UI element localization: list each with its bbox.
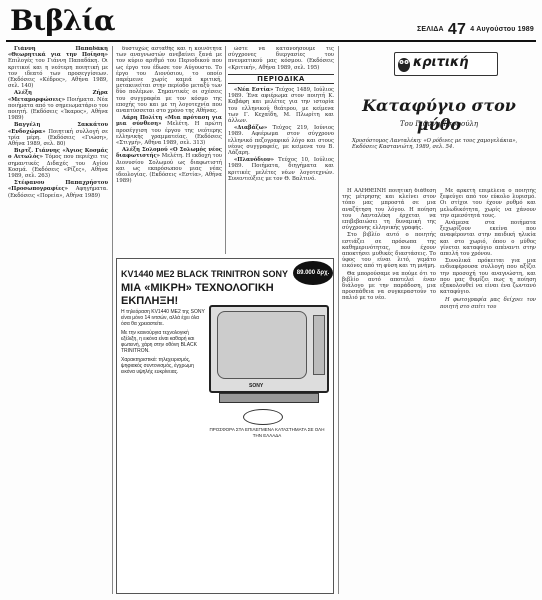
continued-text: δυστυχώς ασταθής και η κοινότητα των ανα… [116, 46, 222, 114]
ad-footer: ΠΡΟΣΦΟΡΑ ΣΤΑ ΕΠΙΛΕΓΜΕΝΑ ΚΑΤΑΣΤΗΜΑΤΑ ΣΕ Ο… [207, 427, 327, 438]
periodical-entry: «Πλανόδιον» Τεύχος 10, Ιούλιος 1989. Ποι… [228, 157, 334, 182]
kritiki-banner: κριτική [394, 52, 498, 76]
tv-stand [219, 393, 319, 403]
book-entry: Αλέξη Ζήρα «Μεταμορφώσεις» Ποιήματα. Νέα… [8, 90, 108, 121]
masthead-rule [6, 40, 536, 42]
periodical-entry: «Διαβάζω» Τεύχος 219, Ιούνιος 1989. Αφιέ… [228, 125, 334, 156]
book-entry: Αλέξη Σολομού «Ο Σολωμός νέος διαφωτιστή… [116, 147, 222, 184]
book-entry: Γιάννη Παπαδάκη «Θεωρητικά για την Ποίησ… [8, 46, 108, 89]
page-number: 47 [448, 21, 466, 38]
continued-text: ώστε να κατανοήσουμε τις σύγχρονες διεργ… [228, 46, 334, 71]
sony-tv-advertisement: KV1440 ME2 BLACK TRINITRON SONY ΜΙΑ «ΜΙΚ… [116, 258, 334, 594]
review-paragraph: Θα μπορούσαμε να πούμε ότι το βιβλίο αυτ… [342, 271, 436, 302]
ad-price-badge: 89.000 δρχ. [293, 261, 333, 285]
ad-paragraph: Χαρακτηριστικά: τηλεχειρισμός, ψηφιακός … [121, 357, 205, 375]
masthead: Βιβλία ΣΕΛΙΔΑ 47 4 Αυγούστου 1989 [6, 4, 536, 38]
review-paragraph: Συνολικά πρόκειται για μια ενδιαφέρουσα … [440, 258, 536, 295]
review-title: Καταφύγιο στον μύθο [342, 96, 536, 134]
owl-emblem-icon [397, 56, 411, 72]
periodical-entry: «Νέα Εστία» Τεύχος 1489, Ιούλιος 1989. Έ… [228, 87, 334, 124]
ad-paragraph: Με την καινούργια τεχνολογική εξέλιξη, η… [121, 330, 205, 354]
issue-date: 4 Αυγούστου 1989 [470, 26, 534, 33]
column-divider [112, 46, 113, 594]
review-paragraph: Στο βιβλίο αυτό ο ποιητής εστιάζει σε πρ… [342, 232, 436, 269]
column-divider [225, 46, 226, 254]
review-body-right: Με αρκετή επιμέλεια ο ποιητής ξεφεύγει α… [440, 188, 536, 588]
ad-body: Η τηλεόραση KV1440 ME2 της SONY είναι μό… [121, 309, 205, 378]
review-paragraph: Με αρκετή επιμέλεια ο ποιητής ξεφεύγει α… [440, 188, 536, 219]
column-periodicals: ώστε να κατανοήσουμε τις σύγχρονες διεργ… [228, 46, 334, 254]
book-entry: Βαγγέλη Σακκάτου «Ενδοχώρα» Ποιητική συλ… [8, 122, 108, 147]
page-info: ΣΕΛΙΔΑ 47 4 Αυγούστου 1989 [417, 18, 534, 36]
review-header: κριτική Καταφύγιο στον μύθο Του Γιάννη Τ… [342, 46, 536, 188]
tv-brand-mark: SONY [249, 383, 263, 389]
ad-logo-icon [243, 409, 283, 425]
review-author: Του Γιάννη Τσοφούλη [342, 120, 536, 128]
column-book-listings-2: δυστυχώς ασταθής και η κοινότητα των ανα… [116, 46, 222, 254]
ad-paragraph: Η τηλεόραση KV1440 ME2 της SONY είναι μό… [121, 309, 205, 327]
review-paragraph: Ανάμεσα στα ποιήματα ξεχωρίζουν εκείνα π… [440, 220, 536, 257]
newspaper-page: Βιβλία ΣΕΛΙΔΑ 47 4 Αυγούστου 1989 Γιάννη… [0, 0, 542, 600]
book-entry: Λάρη Πολίτη «Μια πρόταση για μια σύνθεση… [116, 115, 222, 146]
tv-screen [217, 311, 307, 379]
review-paragraph: Η ΑΛΗΘΕΙΝΗ ποιητική διάθεση της μέτρησης… [342, 188, 436, 231]
ad-headline: KV1440 ME2 BLACK TRINITRON SONY [121, 269, 291, 280]
book-entry: Στέφανου Παπαχρήστου «Προσωπογραφίες» Αφ… [8, 180, 108, 199]
review-body-left: Η ΑΛΗΘΕΙΝΗ ποιητική διάθεση της μέτρησης… [342, 188, 436, 588]
television-image: SONY [209, 305, 329, 405]
page-label: ΣΕΛΙΔΑ [417, 26, 444, 33]
kritiki-label: κριτική [413, 55, 468, 70]
column-book-listings-1: Γιάννη Παπαδάκη «Θεωρητικά για την Ποίησ… [8, 46, 108, 594]
periodicals-heading: ΠΕΡΙΟΔΙΚΑ [228, 74, 334, 84]
section-logo: Βιβλία [10, 4, 115, 38]
book-entry: Βιρτζ. Γιάννης «Άγιος Κοσμάς ο Αιτωλός» … [8, 148, 108, 179]
review-source: Χρυσόστομος Λανταλέκη: «Ο ρόδινες με του… [352, 138, 536, 150]
column-divider [338, 46, 339, 594]
tv-control-panel [313, 315, 325, 375]
review-signoff: Η φωτογραφία μας δείχνει τον ποιητή στο … [440, 297, 536, 309]
